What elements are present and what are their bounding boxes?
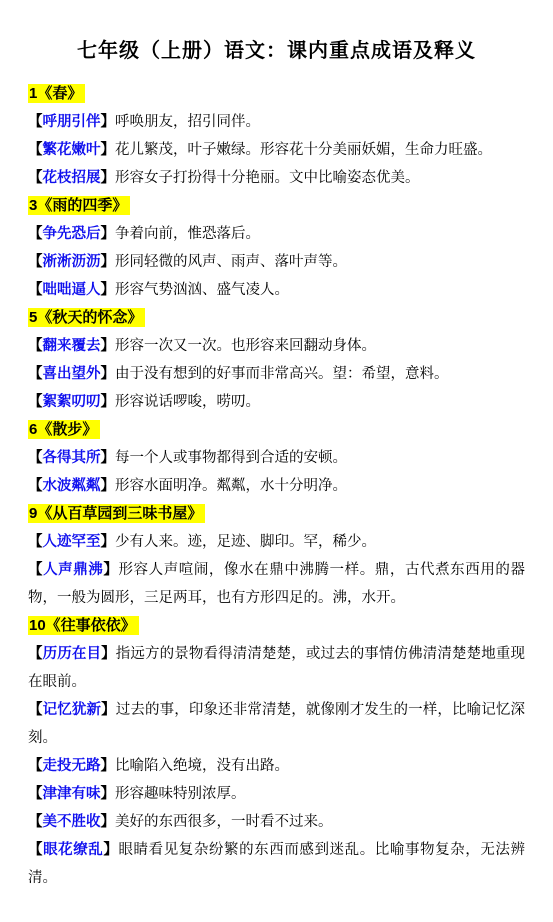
open-bracket-glyph: 【 [28, 170, 43, 186]
close-bracket-glyph: 】 [101, 534, 116, 550]
close-bracket-glyph: 】 [103, 842, 118, 858]
idiom-entry: 【美不胜收】美好的东西很多，一时看不过来。 [28, 808, 525, 836]
open-bracket-glyph: 【 [28, 450, 43, 466]
close-bracket-glyph: 】 [101, 366, 116, 382]
idiom-section: 6《散步》 【各得其所】每一个人或事物都得到合适的安顿。 【水波粼粼】形容水面明… [28, 416, 525, 500]
idiom-definition: 形容气势汹汹、盛气凌人。 [115, 282, 289, 298]
open-bracket-glyph: 【 [28, 786, 43, 802]
idiom-definition: 由于没有想到的好事而非常高兴。望：希望，意料。 [115, 366, 449, 382]
sections-container: 1《春》 【呼朋引伴】呼唤朋友，招引同伴。 【繁花嫩叶】花儿繁茂，叶子嫩绿。形容… [28, 80, 525, 892]
section-heading-row: 3《雨的四季》 [28, 192, 525, 220]
idiom-section: 3《雨的四季》 【争先恐后】争着向前，惟恐落后。 【淅淅沥沥】形同轻微的风声、雨… [28, 192, 525, 304]
idiom-definition: 比喻陷入绝境，没有出路。 [115, 758, 289, 774]
open-bracket-glyph: 【 [28, 142, 43, 158]
open-bracket-glyph: 【 [28, 478, 43, 494]
idiom-entry: 【津津有味】形容趣味特别浓厚。 [28, 780, 525, 808]
open-bracket-glyph: 【 [28, 758, 43, 774]
idiom-definition: 形同轻微的风声、雨声、落叶声等。 [115, 254, 347, 270]
close-bracket-glyph: 】 [101, 142, 116, 158]
idiom-entry: 【花枝招展】形容女子打扮得十分艳丽。文中比喻姿态优美。 [28, 164, 525, 192]
idiom-entry: 【呼朋引伴】呼唤朋友，招引同伴。 [28, 108, 525, 136]
close-bracket-glyph: 】 [101, 450, 116, 466]
idiom-term: 眼花缭乱 [43, 842, 103, 858]
section-heading-row: 9《从百草园到三味书屋》 [28, 500, 525, 528]
section-entries: 【人迹罕至】少有人来。迹，足迹、脚印。罕，稀少。 【人声鼎沸】形容人声喧闹，像水… [28, 528, 525, 612]
idiom-term: 喜出望外 [43, 366, 101, 382]
idiom-section: 10《往事依依》 【历历在目】指远方的景物看得清清楚楚，或过去的事情仿佛清清楚楚… [28, 612, 525, 892]
close-bracket-glyph: 】 [101, 814, 116, 830]
close-bracket-glyph: 】 [101, 478, 116, 494]
idiom-entry: 【记忆犹新】过去的事，印象还非常清楚，就像刚才发生的一样，比喻记忆深刻。 [28, 696, 525, 752]
idiom-entry: 【人声鼎沸】形容人声喧闹，像水在鼎中沸腾一样。鼎，古代煮东西用的器物，一般为圆形… [28, 556, 525, 612]
section-heading: 6《散步》 [28, 420, 100, 439]
page-title: 七年级（上册）语文：课内重点成语及释义 [28, 36, 525, 66]
section-heading: 1《春》 [28, 84, 85, 103]
idiom-term: 絮絮叨叨 [43, 394, 101, 410]
idiom-definition: 形容一次又一次。也形容来回翻动身体。 [115, 338, 376, 354]
section-heading: 9《从百草园到三味书屋》 [28, 504, 205, 523]
close-bracket-glyph: 】 [103, 562, 118, 578]
idiom-definition: 形容趣味特别浓厚。 [115, 786, 246, 802]
open-bracket-glyph: 【 [28, 114, 43, 130]
idiom-term: 津津有味 [43, 786, 101, 802]
close-bracket-glyph: 】 [101, 758, 116, 774]
idiom-entry: 【走投无路】比喻陷入绝境，没有出路。 [28, 752, 525, 780]
section-entries: 【各得其所】每一个人或事物都得到合适的安顿。 【水波粼粼】形容水面明净。粼粼，水… [28, 444, 525, 500]
open-bracket-glyph: 【 [28, 366, 43, 382]
section-entries: 【历历在目】指远方的景物看得清清楚楚，或过去的事情仿佛清清楚楚地重现在眼前。 【… [28, 640, 525, 892]
open-bracket-glyph: 【 [28, 646, 43, 662]
close-bracket-glyph: 】 [101, 114, 116, 130]
idiom-section: 5《秋天的怀念》 【翻来覆去】形容一次又一次。也形容来回翻动身体。 【喜出望外】… [28, 304, 525, 416]
idiom-term: 呼朋引伴 [43, 114, 101, 130]
section-heading-row: 1《春》 [28, 80, 525, 108]
open-bracket-glyph: 【 [28, 562, 43, 578]
idiom-entry: 【絮絮叨叨】形容说话啰唆，唠叨。 [28, 388, 525, 416]
open-bracket-glyph: 【 [28, 282, 43, 298]
idiom-term: 水波粼粼 [43, 478, 101, 494]
idiom-term: 各得其所 [43, 450, 101, 466]
idiom-definition: 形容水面明净。粼粼，水十分明净。 [115, 478, 347, 494]
idiom-term: 繁花嫩叶 [43, 142, 101, 158]
idiom-term: 争先恐后 [43, 226, 101, 242]
close-bracket-glyph: 】 [101, 170, 116, 186]
idiom-definition: 形容女子打扮得十分艳丽。文中比喻姿态优美。 [115, 170, 420, 186]
document-page: 七年级（上册）语文：课内重点成语及释义 1《春》 【呼朋引伴】呼唤朋友，招引同伴… [0, 0, 553, 922]
section-entries: 【呼朋引伴】呼唤朋友，招引同伴。 【繁花嫩叶】花儿繁茂，叶子嫩绿。形容花十分美丽… [28, 108, 525, 192]
section-heading-row: 6《散步》 [28, 416, 525, 444]
section-entries: 【翻来覆去】形容一次又一次。也形容来回翻动身体。 【喜出望外】由于没有想到的好事… [28, 332, 525, 416]
idiom-definition: 争着向前，惟恐落后。 [115, 226, 260, 242]
idiom-entry: 【争先恐后】争着向前，惟恐落后。 [28, 220, 525, 248]
idiom-entry: 【喜出望外】由于没有想到的好事而非常高兴。望：希望，意料。 [28, 360, 525, 388]
idiom-term: 记忆犹新 [43, 702, 102, 718]
close-bracket-glyph: 】 [101, 282, 116, 298]
close-bracket-glyph: 】 [101, 702, 116, 718]
idiom-definition: 每一个人或事物都得到合适的安顿。 [115, 450, 347, 466]
idiom-term: 美不胜收 [43, 814, 101, 830]
idiom-entry: 【人迹罕至】少有人来。迹，足迹、脚印。罕，稀少。 [28, 528, 525, 556]
open-bracket-glyph: 【 [28, 394, 43, 410]
idiom-definition: 花儿繁茂，叶子嫩绿。形容花十分美丽妖媚，生命力旺盛。 [115, 142, 492, 158]
idiom-term: 人迹罕至 [43, 534, 101, 550]
idiom-definition: 形容说话啰唆，唠叨。 [115, 394, 260, 410]
idiom-definition: 少有人来。迹，足迹、脚印。罕，稀少。 [115, 534, 376, 550]
idiom-term: 人声鼎沸 [43, 562, 103, 578]
close-bracket-glyph: 】 [101, 646, 116, 662]
close-bracket-glyph: 】 [101, 394, 116, 410]
open-bracket-glyph: 【 [28, 814, 43, 830]
idiom-term: 翻来覆去 [43, 338, 101, 354]
section-heading: 10《往事依依》 [28, 616, 139, 635]
idiom-section: 1《春》 【呼朋引伴】呼唤朋友，招引同伴。 【繁花嫩叶】花儿繁茂，叶子嫩绿。形容… [28, 80, 525, 192]
open-bracket-glyph: 【 [28, 842, 43, 858]
section-heading: 3《雨的四季》 [28, 196, 130, 215]
section-heading-row: 10《往事依依》 [28, 612, 525, 640]
close-bracket-glyph: 】 [101, 254, 116, 270]
idiom-definition: 美好的东西很多，一时看不过来。 [115, 814, 333, 830]
idiom-entry: 【繁花嫩叶】花儿繁茂，叶子嫩绿。形容花十分美丽妖媚，生命力旺盛。 [28, 136, 525, 164]
idiom-entry: 【翻来覆去】形容一次又一次。也形容来回翻动身体。 [28, 332, 525, 360]
idiom-entry: 【咄咄逼人】形容气势汹汹、盛气凌人。 [28, 276, 525, 304]
idiom-entry: 【各得其所】每一个人或事物都得到合适的安顿。 [28, 444, 525, 472]
section-heading-row: 5《秋天的怀念》 [28, 304, 525, 332]
close-bracket-glyph: 】 [101, 338, 116, 354]
idiom-term: 花枝招展 [43, 170, 101, 186]
idiom-entry: 【淅淅沥沥】形同轻微的风声、雨声、落叶声等。 [28, 248, 525, 276]
close-bracket-glyph: 】 [101, 226, 116, 242]
open-bracket-glyph: 【 [28, 254, 43, 270]
idiom-definition: 呼唤朋友，招引同伴。 [115, 114, 260, 130]
section-entries: 【争先恐后】争着向前，惟恐落后。 【淅淅沥沥】形同轻微的风声、雨声、落叶声等。 … [28, 220, 525, 304]
section-heading: 5《秋天的怀念》 [28, 308, 145, 327]
open-bracket-glyph: 【 [28, 226, 43, 242]
idiom-entry: 【历历在目】指远方的景物看得清清楚楚，或过去的事情仿佛清清楚楚地重现在眼前。 [28, 640, 525, 696]
open-bracket-glyph: 【 [28, 534, 43, 550]
idiom-entry: 【眼花缭乱】眼睛看见复杂纷繁的东西而感到迷乱。比喻事物复杂，无法辨清。 [28, 836, 525, 892]
idiom-section: 9《从百草园到三味书屋》 【人迹罕至】少有人来。迹，足迹、脚印。罕，稀少。 【人… [28, 500, 525, 612]
open-bracket-glyph: 【 [28, 702, 43, 718]
idiom-term: 淅淅沥沥 [43, 254, 101, 270]
idiom-term: 走投无路 [43, 758, 101, 774]
open-bracket-glyph: 【 [28, 338, 43, 354]
close-bracket-glyph: 】 [101, 786, 116, 802]
idiom-term: 历历在目 [43, 646, 102, 662]
idiom-term: 咄咄逼人 [43, 282, 101, 298]
idiom-entry: 【水波粼粼】形容水面明净。粼粼，水十分明净。 [28, 472, 525, 500]
